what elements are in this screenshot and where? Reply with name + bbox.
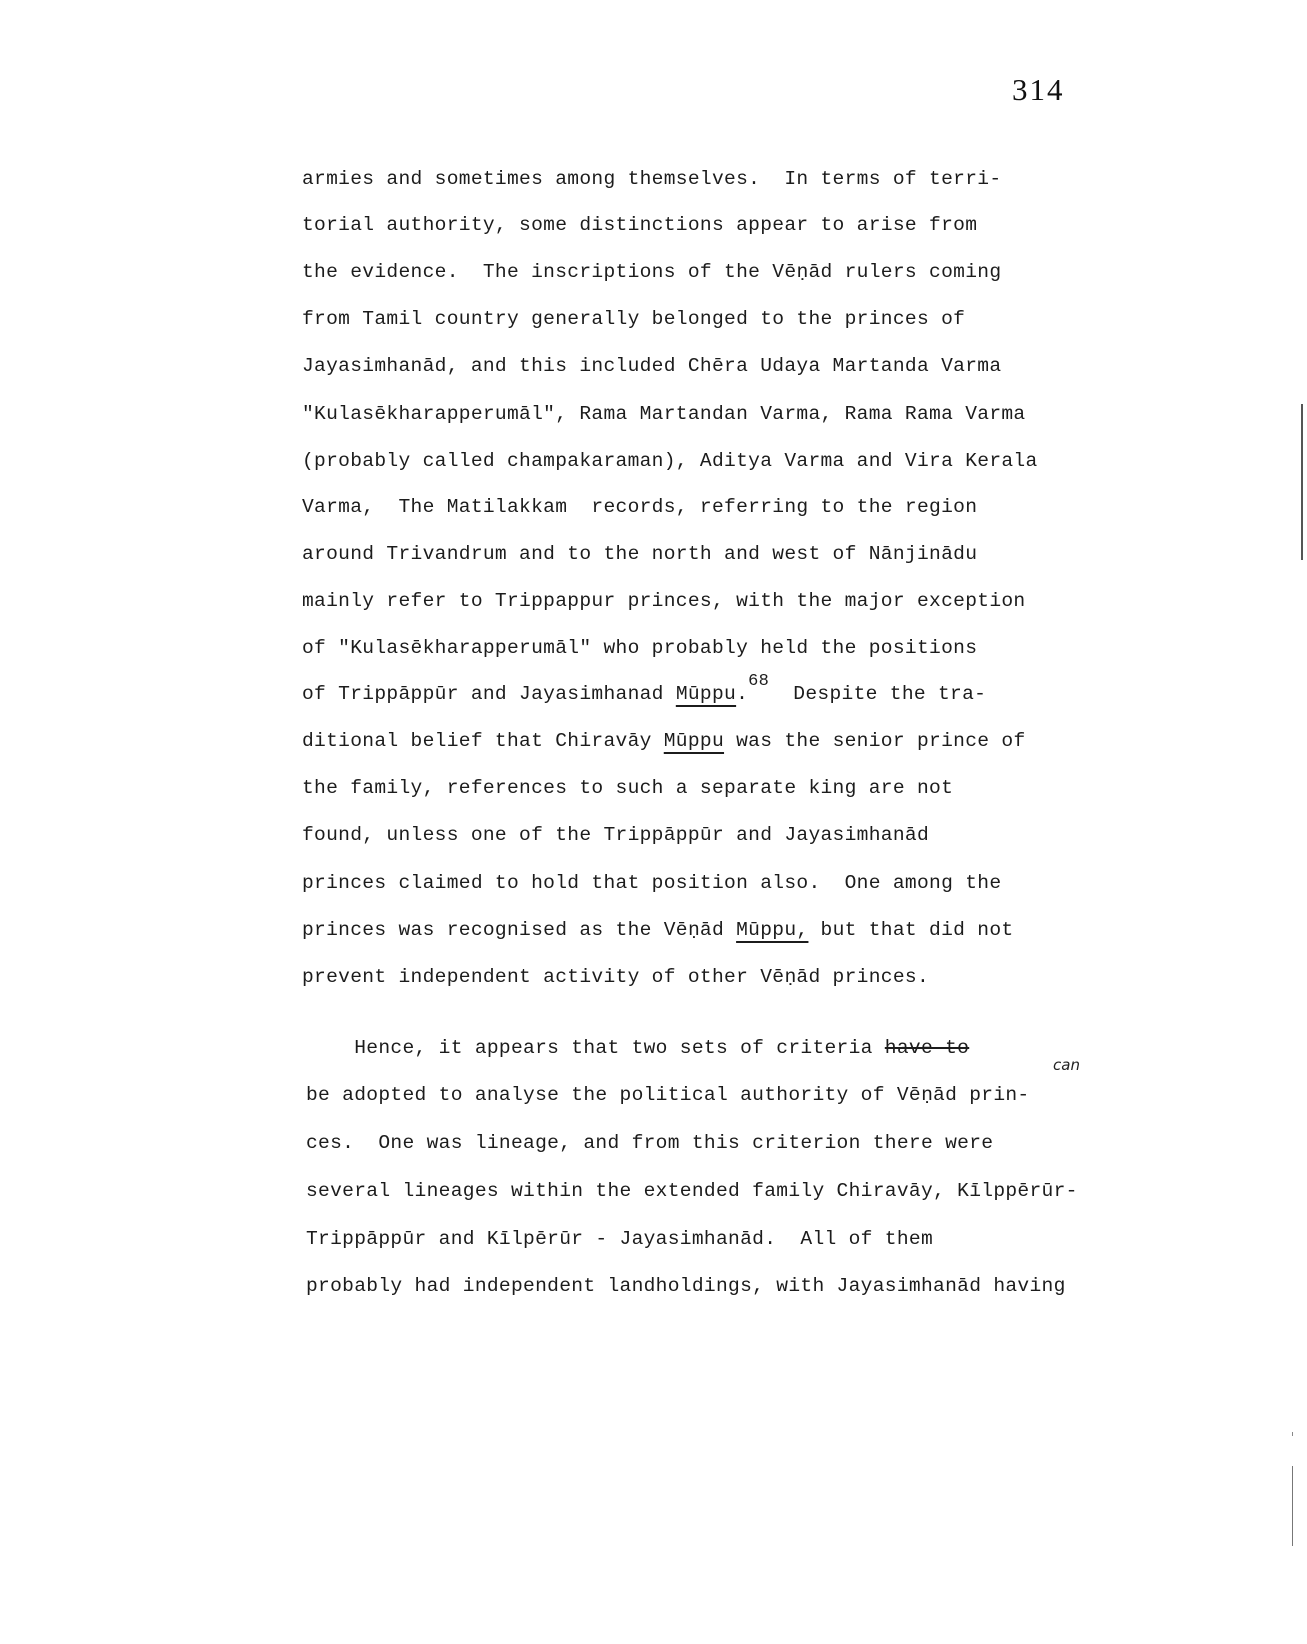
text-line: of "Kulasēkharapperumāl" who probably he… [302,637,977,659]
text-line: around Trivandrum and to the north and w… [302,543,977,565]
text-run: the family, references to such a separat… [302,777,953,799]
text-line: from Tamil country generally belonged to… [302,308,965,330]
underlined-term: Mūppu [664,730,724,752]
footnote-ref: 68 [748,672,769,691]
text-line: Jayasimhanād, and this included Chēra Ud… [302,355,1001,377]
text-run: but that did not [808,919,1013,941]
text-run: (probably called champakaraman), Aditya … [302,450,1038,472]
text-run: Trippāppūr and Kīlpērūr - Jayasimhanād. … [306,1228,933,1250]
margin-rule [1301,404,1303,560]
text-line: probably had independent landholdings, w… [306,1275,1066,1297]
text-run: of "Kulasēkharapperumāl" who probably he… [302,637,977,659]
margin-rule [1292,1466,1293,1546]
text-run: was the senior prince of [724,730,1025,752]
text-line: princes was recognised as the Vēṇād Mūpp… [302,919,1013,941]
text-run: mainly refer to Trippappur princes, with… [302,590,1026,612]
text-line: (probably called champakaraman), Aditya … [302,450,1038,472]
text-line: be adopted to analyse the political auth… [306,1084,1030,1106]
text-run: Varma, The Matilakkam records, referring… [302,496,977,518]
text-line: armies and sometimes among themselves. I… [302,168,1001,190]
text-run: around Trivandrum and to the north and w… [302,543,977,565]
text-run: ditional belief that Chiravāy [302,730,664,752]
text-line: "Kulasēkharapperumāl", Rama Martandan Va… [302,403,1026,425]
page-number: 314 [1012,72,1065,108]
text-line: princes claimed to hold that position al… [302,872,1001,894]
struck-text: have to [885,1037,969,1059]
text-line: mainly refer to Trippappur princes, with… [302,590,1026,612]
text-run: from Tamil country generally belonged to… [302,308,965,330]
text-run: the evidence. The inscriptions of the Vē… [302,261,1001,283]
text-run: torial authority, some distinctions appe… [302,214,977,236]
underlined-term: Mūppu [676,683,736,705]
scan-speck [1292,1432,1293,1436]
text-run: princes claimed to hold that position al… [302,872,1001,894]
underlined-term: Mūppu, [736,919,808,941]
text-line: the evidence. The inscriptions of the Vē… [302,261,1001,283]
text-line: ditional belief that Chiravāy Mūppu was … [302,730,1026,752]
text-line: torial authority, some distinctions appe… [302,214,977,236]
text-run: prevent independent activity of other Vē… [302,966,929,988]
text-line: ces. One was lineage, and from this crit… [306,1132,993,1154]
text-run: . [736,683,748,705]
text-line: Hence, it appears that two sets of crite… [306,1037,969,1059]
text-line: several lineages within the extended fam… [306,1180,1078,1202]
text-line: of Trippāppūr and Jayasimhanad Mūppu.68 … [302,683,986,705]
text-run: be adopted to analyse the political auth… [306,1084,1030,1106]
text-run: Despite the tra- [769,683,986,705]
text-line: Trippāppūr and Kīlpērūr - Jayasimhanād. … [306,1228,933,1250]
text-run: found, unless one of the Trippāppūr and … [302,824,929,846]
text-line: Varma, The Matilakkam records, referring… [302,496,977,518]
text-line: prevent independent activity of other Vē… [302,966,929,988]
text-line: found, unless one of the Trippāppūr and … [302,824,929,846]
text-run: several lineages within the extended fam… [306,1180,1078,1202]
text-run: of Trippāppūr and Jayasimhanad [302,683,676,705]
text-line: the family, references to such a separat… [302,777,953,799]
text-run: "Kulasēkharapperumāl", Rama Martandan Va… [302,403,1026,425]
text-run: Jayasimhanād, and this included Chēra Ud… [302,355,1001,377]
text-run: armies and sometimes among themselves. I… [302,168,1001,190]
text-run: Hence, it appears that two sets of crite… [306,1037,885,1059]
text-run: princes was recognised as the Vēṇād [302,919,736,941]
text-run: probably had independent landholdings, w… [306,1275,1066,1297]
handwritten-insertion: can [1053,1056,1080,1074]
text-run: ces. One was lineage, and from this crit… [306,1132,993,1154]
